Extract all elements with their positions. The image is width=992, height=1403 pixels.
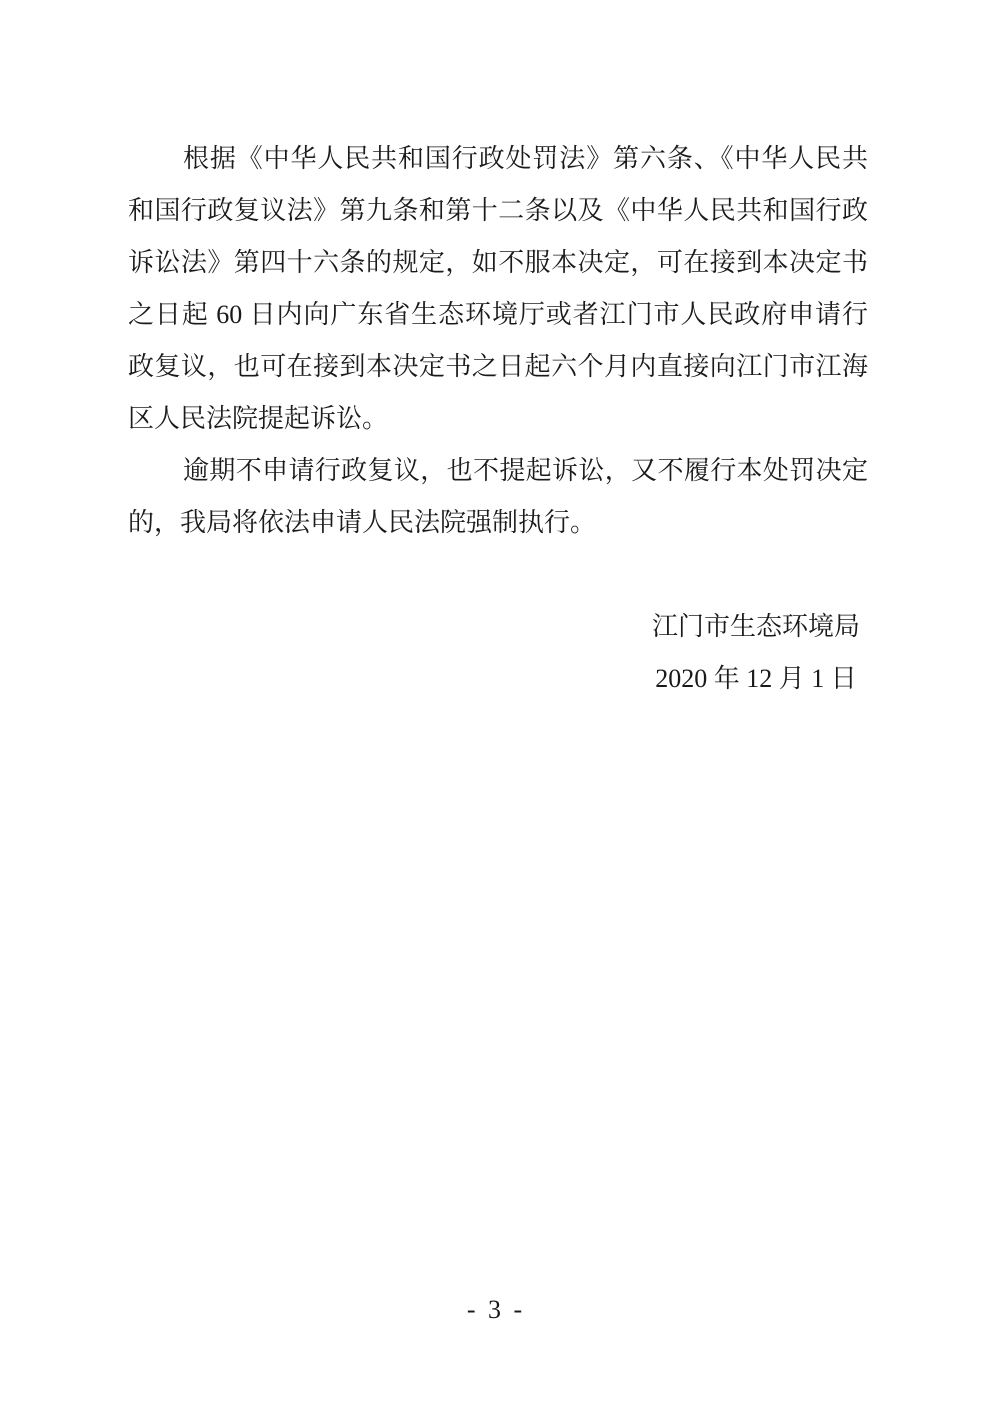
blank-line <box>128 549 868 601</box>
signature-inner: 江门市生态环境局 2020 年 12 月 1 日 <box>652 601 860 705</box>
signature-block: 江门市生态环境局 2020 年 12 月 1 日 <box>128 601 868 705</box>
paragraph-line: 之日起 60 日内向广东省生态环境厅或者江门市人民政府申请行 <box>128 289 868 341</box>
paragraph-enforcement: 逾期不申请行政复议，也不提起诉讼，又不履行本处罚决定 的，我局将依法申请人民法院… <box>128 445 868 549</box>
signature-organization: 江门市生态环境局 <box>652 601 860 653</box>
paragraph-line: 逾期不申请行政复议，也不提起诉讼，又不履行本处罚决定 <box>128 445 868 497</box>
paragraph-legal-remedies: 根据《中华人民共和国行政处罚法》第六条、《中华人民共 和国行政复议法》第九条和第… <box>128 133 868 445</box>
document-page: 根据《中华人民共和国行政处罚法》第六条、《中华人民共 和国行政复议法》第九条和第… <box>0 0 992 1403</box>
paragraph-line: 的，我局将依法申请人民法院强制执行。 <box>128 497 868 549</box>
paragraph-line: 诉讼法》第四十六条的规定，如不服本决定，可在接到本决定书 <box>128 237 868 289</box>
paragraph-line: 政复议，也可在接到本决定书之日起六个月内直接向江门市江海 <box>128 341 868 393</box>
paragraph-line: 区人民法院提起诉讼。 <box>128 393 868 445</box>
paragraph-line: 和国行政复议法》第九条和第十二条以及《中华人民共和国行政 <box>128 185 868 237</box>
document-body: 根据《中华人民共和国行政处罚法》第六条、《中华人民共 和国行政复议法》第九条和第… <box>128 133 868 705</box>
signature-date: 2020 年 12 月 1 日 <box>652 653 860 705</box>
page-number: - 3 - <box>0 1291 992 1329</box>
paragraph-line: 根据《中华人民共和国行政处罚法》第六条、《中华人民共 <box>128 133 868 185</box>
